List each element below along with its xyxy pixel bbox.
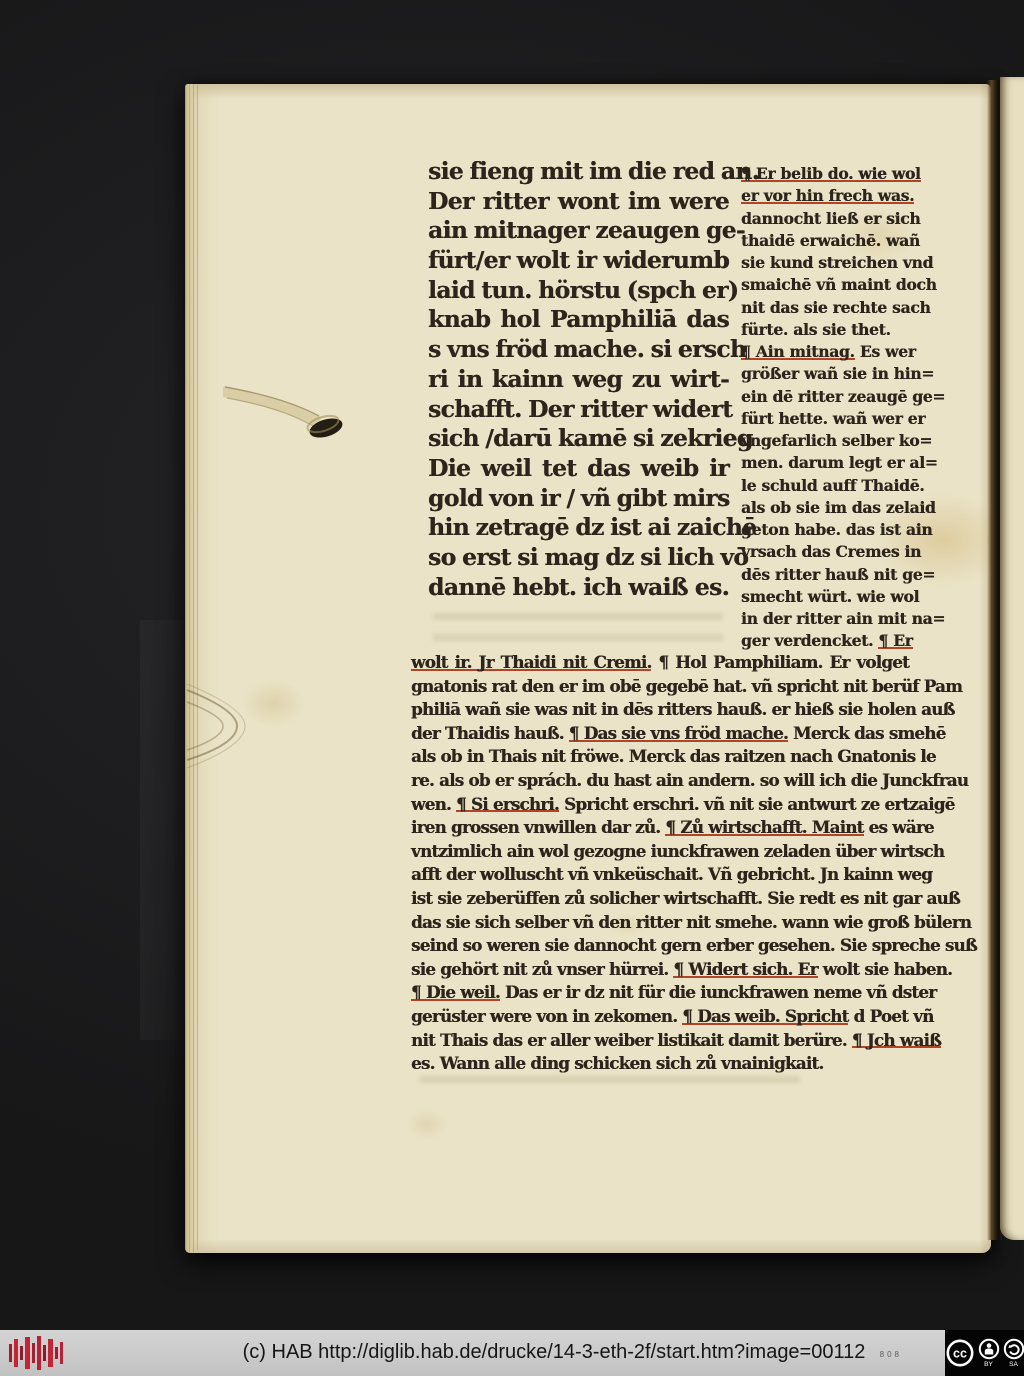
text-line: der Thaidis hauß. ¶ Das sie vns fröd mac… bbox=[411, 722, 909, 746]
text-segment: iren grossen vnwillen dar zů. bbox=[411, 817, 665, 837]
text-line: laid tun. hörstu (spch er) bbox=[428, 276, 729, 306]
text-line: ¶ Er belib do. wie wol bbox=[741, 163, 907, 185]
text-line: vntzimlich ain wol gezogne iunckfrawen z… bbox=[411, 840, 909, 864]
text-segment: es wäre bbox=[864, 817, 934, 837]
text-line: wen. ¶ Si erschri. Spricht erschri. vñ n… bbox=[411, 793, 909, 817]
text-segment: smaichē vñ maint doch bbox=[741, 275, 937, 294]
text-line: ain mitnager zeaugen ge- bbox=[428, 216, 729, 246]
rubricated-text: ¶ Die weil. bbox=[411, 982, 500, 1002]
rubricated-text: ¶ Das weib. Spricht bbox=[682, 1006, 848, 1026]
text-segment: sie kund streichen vnd bbox=[741, 253, 933, 272]
text-line: ¶ Ain mitnag. Es wer bbox=[741, 341, 907, 363]
text-segment: ri in kainn weg zu wirt- bbox=[428, 365, 729, 393]
text-segment: knab hol Pamphiliā das bbox=[428, 305, 729, 333]
text-line: fürte. als sie thet. bbox=[741, 319, 907, 341]
text-line: geton habe. das ist ain bbox=[741, 519, 907, 541]
text-line: ein dē ritter zeaugē ge= bbox=[741, 386, 907, 408]
text-line: re. als ob er sprách. du hast ain andern… bbox=[411, 769, 909, 793]
text-line: s vns fröd mache. si ersch bbox=[428, 335, 729, 365]
text-segment: gold von ir / vñ gibt mirs bbox=[428, 484, 729, 512]
text-line: dannē hebt. ich waiß es. bbox=[428, 573, 729, 603]
text-segment: als ob sie im das zelaid bbox=[741, 498, 936, 517]
text-line: als ob sie im das zelaid bbox=[741, 497, 907, 519]
text-segment: d Poet vñ bbox=[848, 1006, 933, 1026]
text-line: vrsach das Cremes in bbox=[741, 541, 907, 563]
rubricated-text: ¶ Widert sich. Er bbox=[673, 959, 817, 979]
text-line: als ob in Thais nit fröwe. Merck das rai… bbox=[411, 745, 909, 769]
bleedthrough-texture bbox=[420, 1076, 800, 1094]
text-line: ist sie zeberüffen zů solicher wirtschaf… bbox=[411, 887, 909, 911]
text-segment: seind so weren sie dannocht gern erber g… bbox=[411, 935, 977, 955]
text-segment: ein dē ritter zeaugē ge= bbox=[741, 387, 945, 406]
text-line: ger verdencket. ¶ Er bbox=[741, 630, 907, 652]
text-segment: nit das sie rechte sach bbox=[741, 298, 931, 317]
svg-text:cc: cc bbox=[953, 1347, 967, 1361]
text-line: men. darum legt er al= bbox=[741, 452, 907, 474]
text-segment: Spricht erschri. vñ nit sie antwurt ze e… bbox=[559, 794, 955, 814]
text-segment: der Thaidis hauß. bbox=[411, 723, 569, 743]
text-line: smaichē vñ maint doch bbox=[741, 274, 907, 296]
text-segment: hin zetragē dz ist ai zaichē bbox=[428, 513, 756, 541]
text-segment: fürt/er wolt ir widerumb bbox=[428, 246, 729, 274]
footer-small-mark: 808 bbox=[880, 1350, 902, 1359]
text-line: gerüster were von in zekomen. ¶ Das weib… bbox=[411, 1005, 909, 1029]
text-line: es. Wann alle ding schicken sich zů vnai… bbox=[411, 1052, 909, 1076]
lower-text-block: wolt ir. Jr Thaidi nit Cremi. ¶ Hol Pamp… bbox=[411, 651, 909, 1076]
facing-page-edge bbox=[1000, 77, 1024, 1240]
text-line: wolt ir. Jr Thaidi nit Cremi. ¶ Hol Pamp… bbox=[411, 651, 909, 675]
text-line: vngefarlich selber ko= bbox=[741, 430, 907, 452]
rubricated-text: ¶ Er bbox=[878, 631, 912, 650]
text-segment: Das er ir dz nit für die iunckfrawen nem… bbox=[500, 982, 936, 1002]
text-segment: laid tun. hörstu (spch er) bbox=[428, 276, 738, 304]
text-line: in der ritter ain mit na= bbox=[741, 608, 907, 630]
text-segment: gerüster were von in zekomen. bbox=[411, 1006, 682, 1026]
text-line: smecht würt. wie wol bbox=[741, 586, 907, 608]
text-segment: sich /darū kamē si zekrieg bbox=[428, 424, 753, 452]
rubricated-text: ¶ Si erschri. bbox=[456, 794, 559, 814]
rubricated-text: ¶ Er belib do. wie wol bbox=[741, 164, 921, 183]
text-segment: vngefarlich selber ko= bbox=[741, 431, 932, 450]
text-segment: ist sie zeberüffen zů solicher wirtschaf… bbox=[411, 888, 960, 908]
text-line: nit Thais das er aller weiber listikait … bbox=[411, 1029, 909, 1053]
text-line: dannocht ließ er sich bbox=[741, 208, 907, 230]
text-segment: wolt sie haben. bbox=[818, 959, 953, 979]
text-segment: thaidē erwaichē. wañ bbox=[741, 231, 920, 250]
text-segment: Die weil tet das weib ir bbox=[428, 454, 729, 482]
sa-label: SA bbox=[1009, 1361, 1018, 1368]
text-segment: das sie sich selber vñ den ritter nit sm… bbox=[411, 912, 971, 932]
text-segment: philiā wañ sie was nit in dēs ritters ha… bbox=[411, 699, 954, 719]
sa-icon: SA bbox=[1003, 1338, 1024, 1368]
text-segment: smecht würt. wie wol bbox=[741, 587, 919, 606]
text-line: er vor hin frech was. bbox=[741, 185, 907, 207]
text-segment: afft der wolluscht vñ vnkeüschait. Vñ ge… bbox=[411, 864, 932, 884]
text-segment: re. als ob er sprách. du hast ain andern… bbox=[411, 770, 968, 790]
text-segment: schafft. Der ritter widert bbox=[428, 395, 732, 423]
text-line: fürt hette. wañ wer er bbox=[741, 408, 907, 430]
photo-background: sie fieng mit im die red an.Der ritter w… bbox=[0, 0, 1024, 1330]
text-segment: in der ritter ain mit na= bbox=[741, 609, 945, 628]
text-segment: sie gehört nit zů vnser hürrei. bbox=[411, 959, 673, 979]
manuscript-page: sie fieng mit im die red an.Der ritter w… bbox=[185, 84, 991, 1253]
text-line: Die weil tet das weib ir bbox=[428, 454, 729, 484]
left-column-text: sie fieng mit im die red an.Der ritter w… bbox=[428, 157, 729, 602]
text-segment: le schuld auff Thaidē. bbox=[741, 476, 924, 495]
text-line: Der ritter wont im were bbox=[428, 187, 729, 217]
text-segment: men. darum legt er al= bbox=[741, 453, 938, 472]
text-segment: ain mitnager zeaugen ge- bbox=[428, 216, 745, 244]
text-line: hin zetragē dz ist ai zaichē bbox=[428, 513, 729, 543]
text-segment: Der ritter wont im were bbox=[428, 187, 729, 215]
text-segment: dēs ritter hauß nit ge= bbox=[741, 565, 935, 584]
text-segment: so erst si mag dz si lich vō bbox=[428, 543, 748, 571]
text-line: gnatonis rat den er im obē gegebē hat. v… bbox=[411, 675, 909, 699]
text-line: dēs ritter hauß nit ge= bbox=[741, 564, 907, 586]
text-segment: fürte. als sie thet. bbox=[741, 320, 891, 339]
text-line: so erst si mag dz si lich vō bbox=[428, 543, 729, 573]
text-line: nit das sie rechte sach bbox=[741, 297, 907, 319]
text-line: iren grossen vnwillen dar zů. ¶ Zů wirts… bbox=[411, 816, 909, 840]
text-segment: vrsach das Cremes in bbox=[741, 542, 921, 561]
text-line: das sie sich selber vñ den ritter nit sm… bbox=[411, 911, 909, 935]
text-segment: wen. bbox=[411, 794, 456, 814]
rubricated-text: wolt ir. Jr Thaidi nit Cremi. bbox=[411, 652, 651, 672]
crease-mark bbox=[185, 676, 255, 776]
text-segment: gnatonis rat den er im obē gegebē hat. v… bbox=[411, 676, 962, 696]
text-segment: fürt hette. wañ wer er bbox=[741, 409, 925, 428]
rubricated-text: ¶ Zů wirtschafft. Maint bbox=[665, 817, 863, 837]
text-line: gold von ir / vñ gibt mirs bbox=[428, 484, 729, 514]
cc-license-badge: cc BY SA bbox=[945, 1330, 1024, 1376]
footer-bar: (c) HAB http://diglib.hab.de/drucke/14-3… bbox=[0, 1330, 1024, 1376]
rubricated-text: ¶ Ain mitnag. bbox=[741, 342, 855, 361]
text-line: knab hol Pamphiliā das bbox=[428, 305, 729, 335]
by-label: BY bbox=[984, 1361, 993, 1368]
text-line: afft der wolluscht vñ vnkeüschait. Vñ ge… bbox=[411, 863, 909, 887]
rubricated-text: er vor hin frech was. bbox=[741, 186, 914, 205]
text-segment: Merck das smehē bbox=[788, 723, 945, 743]
text-segment: ger verdencket. bbox=[741, 631, 878, 650]
text-line: größer wañ sie in hin= bbox=[741, 363, 907, 385]
text-segment: größer wañ sie in hin= bbox=[741, 364, 934, 383]
text-line: philiā wañ sie was nit in dēs ritters ha… bbox=[411, 698, 909, 722]
text-line: sie fieng mit im die red an. bbox=[428, 157, 729, 187]
copyright-text: (c) HAB http://diglib.hab.de/drucke/14-3… bbox=[42, 1341, 1024, 1364]
text-segment: ¶ Hol Pamphiliam. Er volget bbox=[651, 652, 909, 672]
right-column-text: ¶ Er belib do. wie woler vor hin frech w… bbox=[741, 163, 907, 653]
text-line: thaidē erwaichē. wañ bbox=[741, 230, 907, 252]
text-line: ¶ Die weil. Das er ir dz nit für die iun… bbox=[411, 981, 909, 1005]
rubricated-text: ¶ Jch waiß bbox=[852, 1030, 941, 1050]
text-segment: Es wer bbox=[855, 342, 916, 361]
text-line: schafft. Der ritter widert bbox=[428, 395, 729, 425]
text-segment: sie fieng mit im die red an. bbox=[428, 157, 759, 185]
text-line: sie gehört nit zů vnser hürrei. ¶ Widert… bbox=[411, 958, 909, 982]
rubricated-text: ¶ Das sie vns fröd mache. bbox=[569, 723, 788, 743]
text-segment: vntzimlich ain wol gezogne iunckfrawen z… bbox=[411, 841, 944, 861]
text-segment: dannocht ließ er sich bbox=[741, 209, 920, 228]
text-line: ri in kainn weg zu wirt- bbox=[428, 365, 729, 395]
text-segment: als ob in Thais nit fröwe. Merck das rai… bbox=[411, 746, 936, 766]
text-line: seind so weren sie dannocht gern erber g… bbox=[411, 934, 909, 958]
text-line: sich /darū kamē si zekrieg bbox=[428, 424, 729, 454]
text-segment: geton habe. das ist ain bbox=[741, 520, 932, 539]
text-line: sie kund streichen vnd bbox=[741, 252, 907, 274]
text-segment: s vns fröd mache. si ersch bbox=[428, 335, 746, 363]
text-line: fürt/er wolt ir widerumb bbox=[428, 246, 729, 276]
text-segment: dannē hebt. ich waiß es. bbox=[428, 573, 729, 601]
text-line: le schuld auff Thaidē. bbox=[741, 475, 907, 497]
text-segment: nit Thais das er aller weiber listikait … bbox=[411, 1030, 852, 1050]
wormhole-mark bbox=[223, 366, 363, 458]
by-icon: BY bbox=[978, 1338, 1000, 1368]
cc-icon: cc bbox=[945, 1338, 975, 1368]
bleedthrough-texture bbox=[433, 613, 723, 653]
text-segment: es. Wann alle ding schicken sich zů vnai… bbox=[411, 1053, 823, 1073]
